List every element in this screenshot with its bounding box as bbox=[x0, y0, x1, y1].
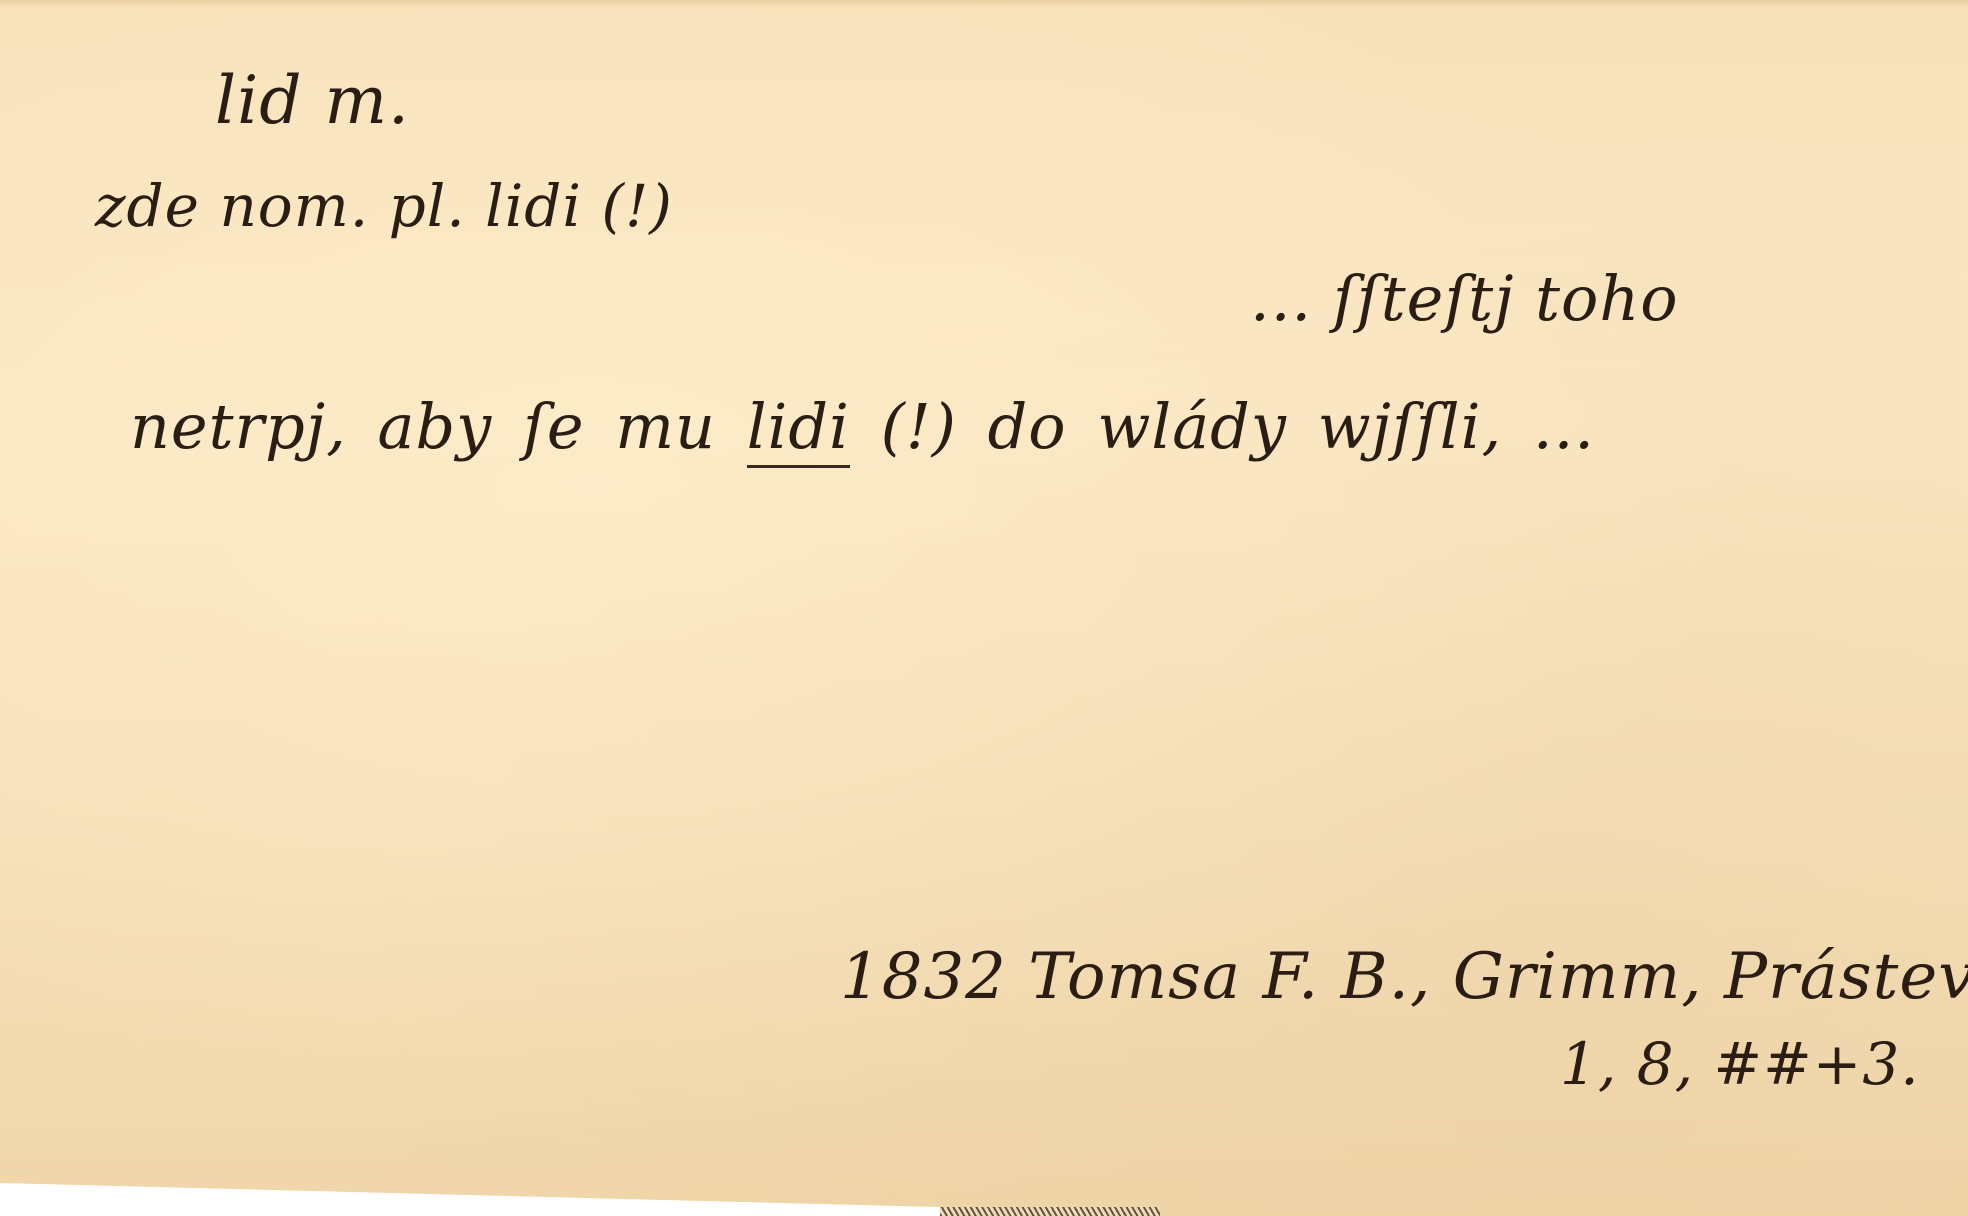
headword: lid m. bbox=[215, 62, 410, 139]
page-reference: 1, 8, ##+3. bbox=[1560, 1030, 1920, 1098]
quote-line-2: netrpj, aby ſe mu lidi (!) do wlády wjſſ… bbox=[130, 390, 1595, 463]
index-card: lid m. zde nom. pl. lidi (!) ... ſſteſtj… bbox=[0, 0, 1968, 1216]
source-citation: 1832 Tomsa F. B., Grimm, Prástevnice bbox=[840, 940, 1968, 1014]
quote-line-1: ... ſſteſtj toho bbox=[1250, 262, 1679, 335]
quote-text-before: netrpj, aby ſe mu bbox=[130, 390, 716, 463]
grammar-note: zde nom. pl. lidi (!) bbox=[95, 172, 673, 240]
quote-underlined-word: lidi bbox=[747, 390, 850, 468]
scan-edge-artifact bbox=[940, 1207, 1160, 1216]
quote-text-after: (!) do wlády wjſſli, ... bbox=[881, 390, 1595, 463]
card-top-edge bbox=[0, 0, 1968, 8]
